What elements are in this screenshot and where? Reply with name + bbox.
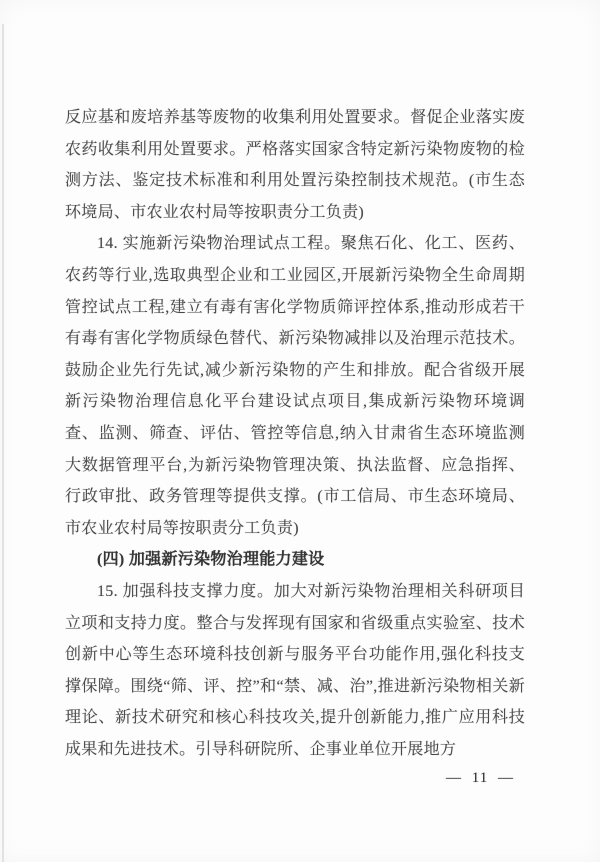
scan-edge-artifact bbox=[2, 24, 4, 862]
scanned-document-page: 反应基和废培养基等废物的收集利用处置要求。督促企业落实废农药收集利用处置要求。严… bbox=[0, 0, 600, 862]
section-heading-4: (四) 加强新污染物治理能力建设 bbox=[65, 544, 525, 576]
page-number: — 11 — bbox=[446, 770, 514, 787]
document-body: 反应基和废培养基等废物的收集利用处置要求。督促企业落实废农药收集利用处置要求。严… bbox=[65, 102, 525, 765]
paragraph-item-14: 14. 实施新污染物治理试点工程。聚焦石化、化工、医药、农药等行业,选取典型企业… bbox=[65, 228, 525, 544]
paragraph-continuation: 反应基和废培养基等废物的收集利用处置要求。督促企业落实废农药收集利用处置要求。严… bbox=[65, 102, 525, 228]
paragraph-item-15: 15. 加强科技支撑力度。加大对新污染物治理相关科研项目立项和支持力度。整合与发… bbox=[65, 576, 525, 766]
